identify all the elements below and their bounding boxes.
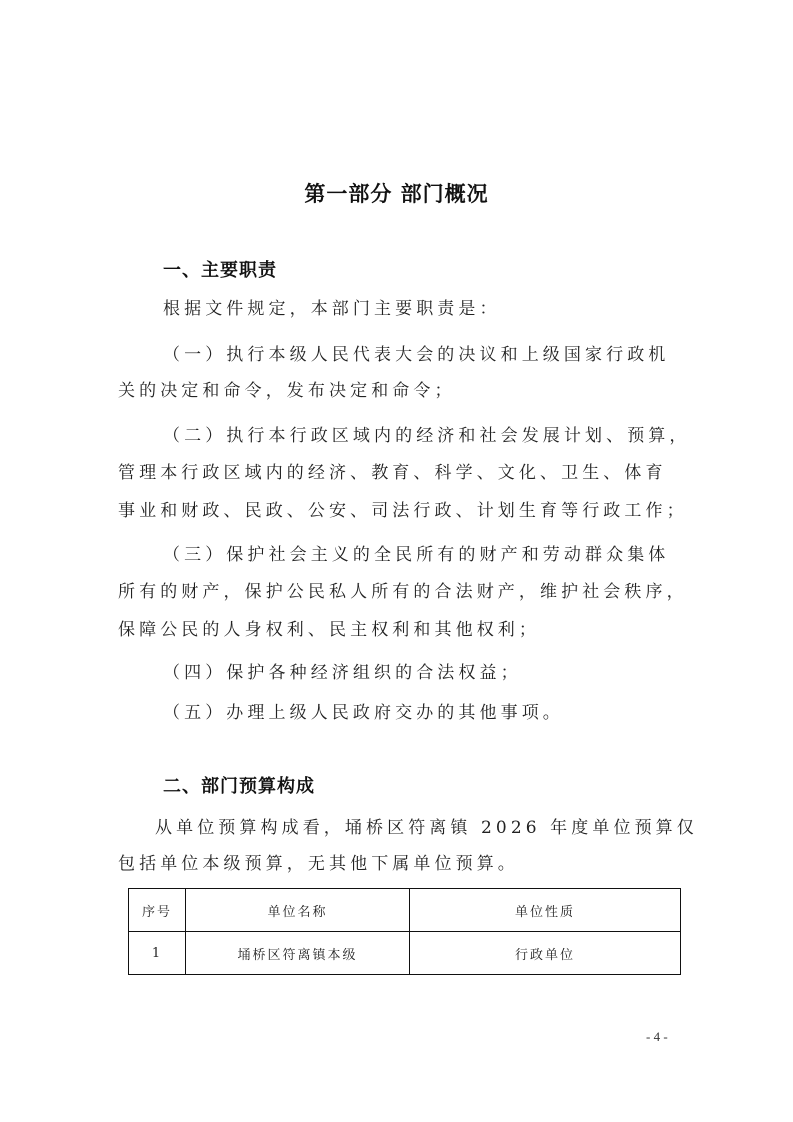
table-header-row: 序号 单位名称 单位性质 [129, 889, 681, 932]
paragraph-line: 保障公民的人身权利、民主权利和其他权利； [118, 615, 540, 640]
page-title: 第一部分 部门概况 [0, 178, 793, 208]
paragraph-line: 管理本行政区域内的经济、教育、科学、文化、卫生、体育 [118, 458, 667, 483]
header-cell-index: 序号 [129, 889, 186, 932]
paragraph-line: 从单位预算构成看，埇桥区符离镇 2026 年度单位预算仅 [155, 813, 698, 838]
paragraph-line: 关的决定和命令，发布决定和命令； [118, 376, 456, 401]
header-cell-unit-type: 单位性质 [410, 889, 681, 932]
section-heading-budget-composition: 二、部门预算构成 [163, 772, 315, 798]
header-cell-unit-name: 单位名称 [186, 889, 410, 932]
paragraph-line: 所有的财产，保护公民私人所有的合法财产，维护社会秩序， [118, 577, 688, 602]
page-number: - 4 - [646, 1029, 668, 1045]
section-heading-main-duties: 一、主要职责 [163, 256, 277, 282]
paragraph-line: （五）办理上级人民政府交办的其他事项。 [163, 698, 564, 723]
budget-units-table: 序号 单位名称 单位性质 1 埇桥区符离镇本级 行政单位 [128, 888, 681, 975]
table-row: 1 埇桥区符离镇本级 行政单位 [129, 932, 681, 975]
paragraph-line: （三）保护社会主义的全民所有的财产和劳动群众集体 [163, 540, 669, 565]
document-page: 第一部分 部门概况 一、主要职责 根据文件规定，本部门主要职责是： （一）执行本… [0, 0, 793, 1122]
cell-index: 1 [129, 932, 186, 975]
paragraph-line: 包括单位本级预算，无其他下属单位预算。 [118, 849, 519, 874]
paragraph-line: （二）执行本行政区域内的经济和社会发展计划、预算， [163, 421, 691, 446]
cell-unit-name: 埇桥区符离镇本级 [186, 932, 410, 975]
paragraph-line: 根据文件规定，本部门主要职责是： [163, 294, 501, 319]
paragraph-line: （四）保护各种经济组织的合法权益； [163, 658, 522, 683]
paragraph-line: （一）执行本级人民代表大会的决议和上级国家行政机 [163, 340, 669, 365]
cell-unit-type: 行政单位 [410, 932, 681, 975]
paragraph-line: 事业和财政、民政、公安、司法行政、计划生育等行政工作； [118, 496, 688, 521]
